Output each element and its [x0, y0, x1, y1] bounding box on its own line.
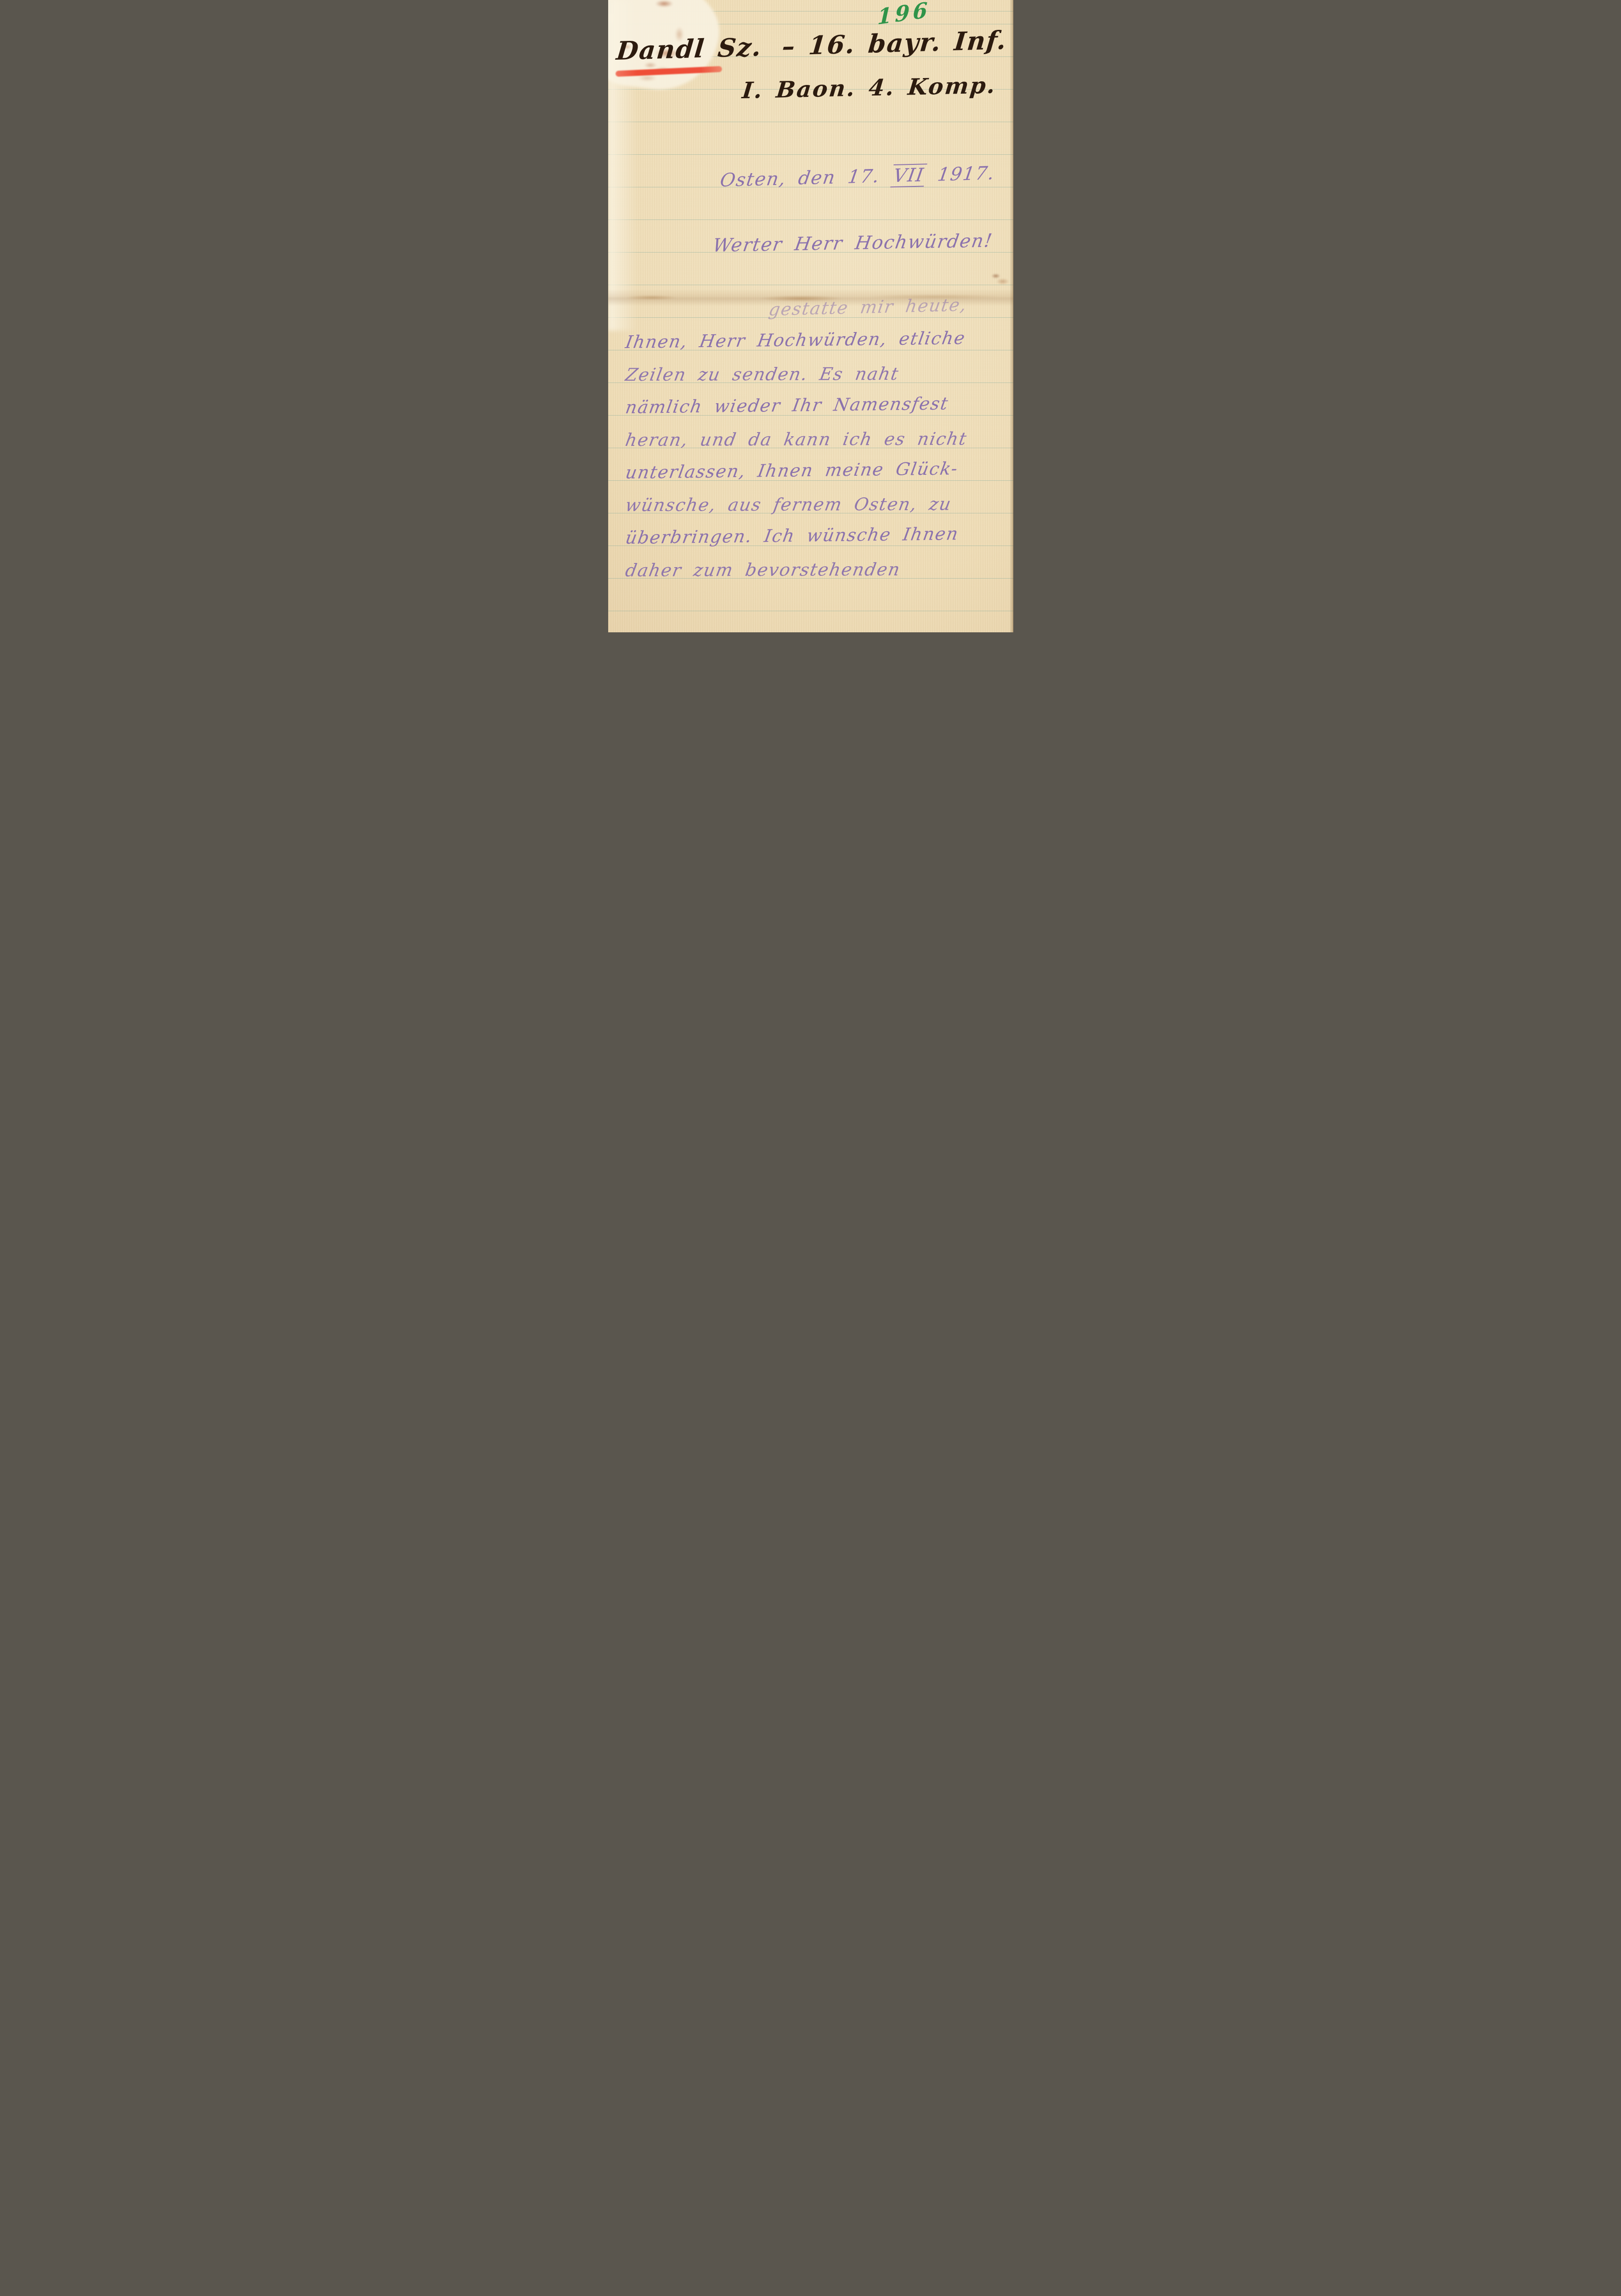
header-battalion-line: I. Baon. 4. Komp.: [741, 72, 998, 104]
letter-body-line: überbringen. Ich wünsche Ihnen: [623, 518, 970, 554]
dateline-month-roman: VII: [890, 163, 927, 187]
letter-body-line: unterlassen, Ihnen meine Glück-: [623, 452, 970, 489]
letter-page: 196 Dandl Sz. – 16. bayr. Inf. Rgmt , Kr…: [608, 0, 1013, 632]
letter-body-line: heran, und da kann ich es nicht: [622, 422, 970, 456]
letter-body-line: wünsche, aus fernem Osten, zu: [622, 488, 970, 522]
right-margin-stain: [977, 269, 1010, 289]
letter-body-line: nämlich wieder Ihr Namensfest: [623, 387, 970, 424]
letter-body: Ihnen, Herr Hochwürden, etliche Zeilen z…: [626, 326, 967, 587]
page-number: 196: [877, 0, 931, 29]
dateline-year: 1917.: [936, 163, 996, 185]
letter-body-line: Ihnen, Herr Hochwürden, etliche: [623, 322, 970, 359]
letter-body-line: Zeilen zu senden. Es naht: [622, 357, 970, 391]
salutation: Werter Herr Hochwürden!: [711, 230, 994, 256]
letter-body-line: daher zum bevorstehenden: [622, 553, 970, 587]
page-right-edge-shadow: [1010, 0, 1013, 632]
dateline-place-day: Osten, den 17.: [718, 166, 881, 191]
sender-name: Dandl Sz.: [615, 32, 763, 66]
scanned-letter: 196 Dandl Sz. – 16. bayr. Inf. Rgmt , Kr…: [608, 0, 1013, 632]
dateline: Osten, den 17. VII 1917.: [718, 163, 996, 191]
letter-opening-line: gestatte mir heute,: [767, 294, 968, 320]
